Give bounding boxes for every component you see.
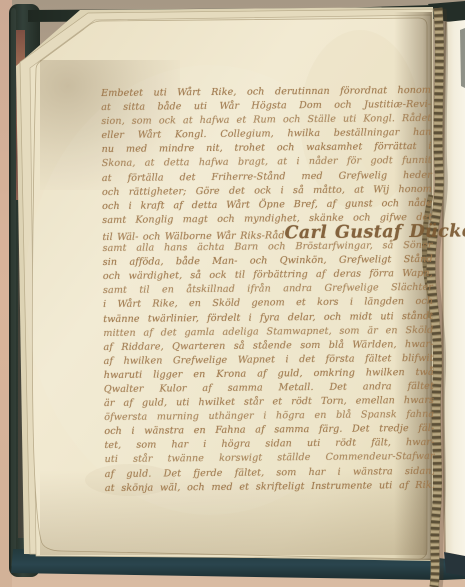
highlighted-name: Carl Gustaf Dücker <box>284 224 465 240</box>
manuscript-text: Embetet uti Wårt Rike, och derutinnan fö… <box>101 84 435 496</box>
scanned-book-photo: Embetet uti Wårt Rike, och derutinnan fö… <box>0 0 465 587</box>
